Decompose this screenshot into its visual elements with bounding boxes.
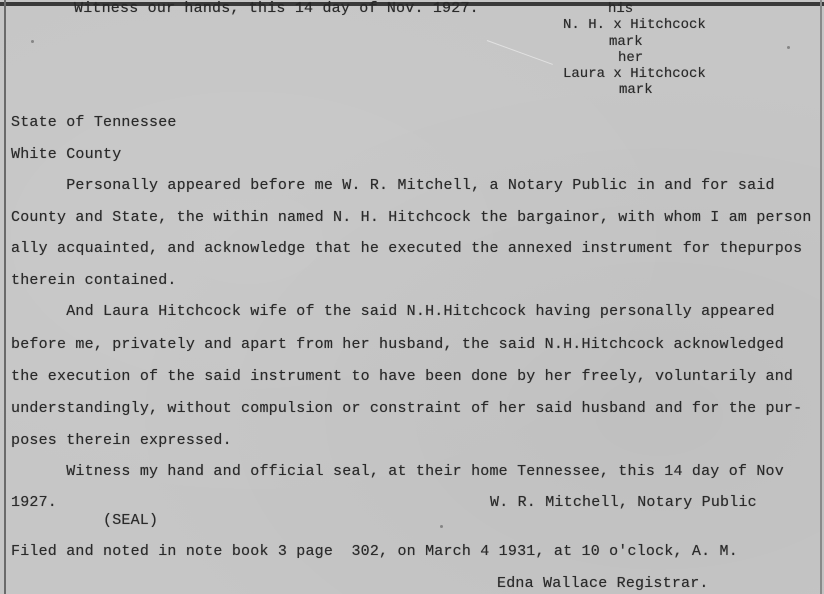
paragraph2-line: understandingly, without compulsion or c… (11, 400, 802, 418)
paragraph2-line: before me, privately and apart from her … (11, 336, 784, 354)
notary-signature: W. R. Mitchell, Notary Public (490, 494, 757, 512)
year-line: 1927. (11, 494, 57, 512)
paper-speck (31, 40, 34, 43)
paragraph2-line: poses therein expressed. (11, 432, 232, 450)
her-label: her (618, 50, 643, 66)
document-page: Witness our hands, this 14 day of Nov. 1… (0, 0, 824, 594)
paragraph2-line: And Laura Hitchcock wife of the said N.H… (11, 303, 775, 321)
mark-label-1: mark (609, 34, 643, 50)
right-border-rule (820, 0, 822, 594)
witness-parties-line: Witness our hands, this 14 day of Nov. 1… (74, 0, 479, 18)
his-label: his (608, 1, 633, 17)
paragraph1-line: Personally appeared before me W. R. Mitc… (11, 177, 775, 195)
paragraph1-line: County and State, the within named N. H.… (11, 209, 812, 227)
paper-speck (440, 525, 443, 528)
county-heading: White County (11, 146, 121, 164)
mark-label-2: mark (619, 82, 653, 98)
filed-note-line: Filed and noted in note book 3 page 302,… (11, 543, 738, 561)
left-border-rule (4, 0, 6, 594)
paragraph2-line: the execution of the said instrument to … (11, 368, 793, 386)
paragraph1-line: therein contained. (11, 272, 177, 290)
nh-hitchcock-signature: N. H. x Hitchcock (563, 17, 706, 33)
paragraph1-line: ally acquainted, and acknowledge that he… (11, 240, 802, 258)
laura-hitchcock-signature: Laura x Hitchcock (563, 66, 706, 82)
state-heading: State of Tennessee (11, 114, 177, 132)
seal-label: (SEAL) (103, 512, 158, 530)
notary-witness-line: Witness my hand and official seal, at th… (11, 463, 784, 481)
registrar-signature: Edna Wallace Registrar. (497, 575, 709, 593)
paper-speck (787, 46, 790, 49)
scratch-mark (487, 40, 553, 65)
